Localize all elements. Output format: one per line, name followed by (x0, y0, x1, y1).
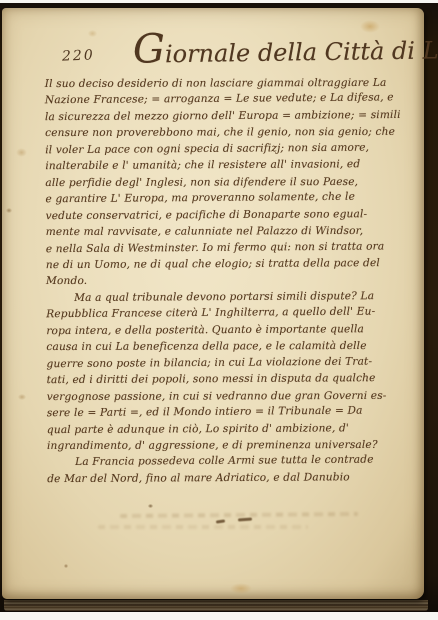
manuscript-line: qual parte è adunque in ciò, Lo spirito … (47, 419, 419, 438)
manuscript-line: guerre sono poste in bilancia; in cui La… (46, 353, 418, 373)
page-stack-edge (4, 600, 428, 611)
manuscript-line: tati, ed i diritti dei popoli, sono mess… (47, 370, 419, 389)
manuscript-line: Mondo. (46, 272, 418, 290)
page-title: Giornale della Città di Livorno (133, 35, 438, 68)
stain (16, 148, 27, 157)
stain (360, 20, 380, 33)
ink-smudge (216, 519, 225, 523)
ghost-showthrough-line (120, 512, 358, 518)
manuscript-page: 220 Giornale della Città di Livorno Il s… (2, 8, 424, 599)
ink-smudge (238, 518, 252, 522)
ghost-showthrough-line (98, 525, 308, 529)
manuscript-text: Il suo deciso desiderio di non lasciare … (45, 74, 420, 488)
stain (230, 583, 252, 594)
manuscript-line: e nella Sala di Westminster. Io mi fermo… (46, 238, 418, 258)
stain (88, 30, 97, 37)
manuscript-line: la sicurezza del mezzo giorno dell' Euro… (45, 107, 417, 126)
manuscript-line: vedute conservatrici, e pacifiche di Bon… (46, 205, 418, 224)
page-number: 220 (62, 47, 95, 64)
stain (6, 208, 12, 213)
stain (148, 504, 153, 508)
page-header: 220 Giornale della Città di Livorno (2, 38, 424, 66)
manuscript-line: sere le = Parti =, ed il Mondo intiero =… (47, 402, 419, 422)
manuscript-line: ropa intera, e della posterità. Quanto è… (46, 321, 418, 340)
manuscript-line: ne di un Uomo, ne di qual che elogio; si… (46, 255, 418, 274)
stain (18, 394, 26, 400)
manuscript-scan: 220 Giornale della Città di Livorno Il s… (0, 0, 438, 620)
manuscript-line: de Mar del Nord, fino al mare Adriatico,… (47, 469, 419, 488)
stain (64, 564, 68, 568)
manuscript-line: inalterabile e l' umanità; che il resist… (45, 156, 417, 175)
manuscript-line: il voler La pace con ogni specia di sacr… (45, 139, 417, 159)
manuscript-line: e garantire L' Europa, ma proveranno sol… (45, 188, 417, 208)
